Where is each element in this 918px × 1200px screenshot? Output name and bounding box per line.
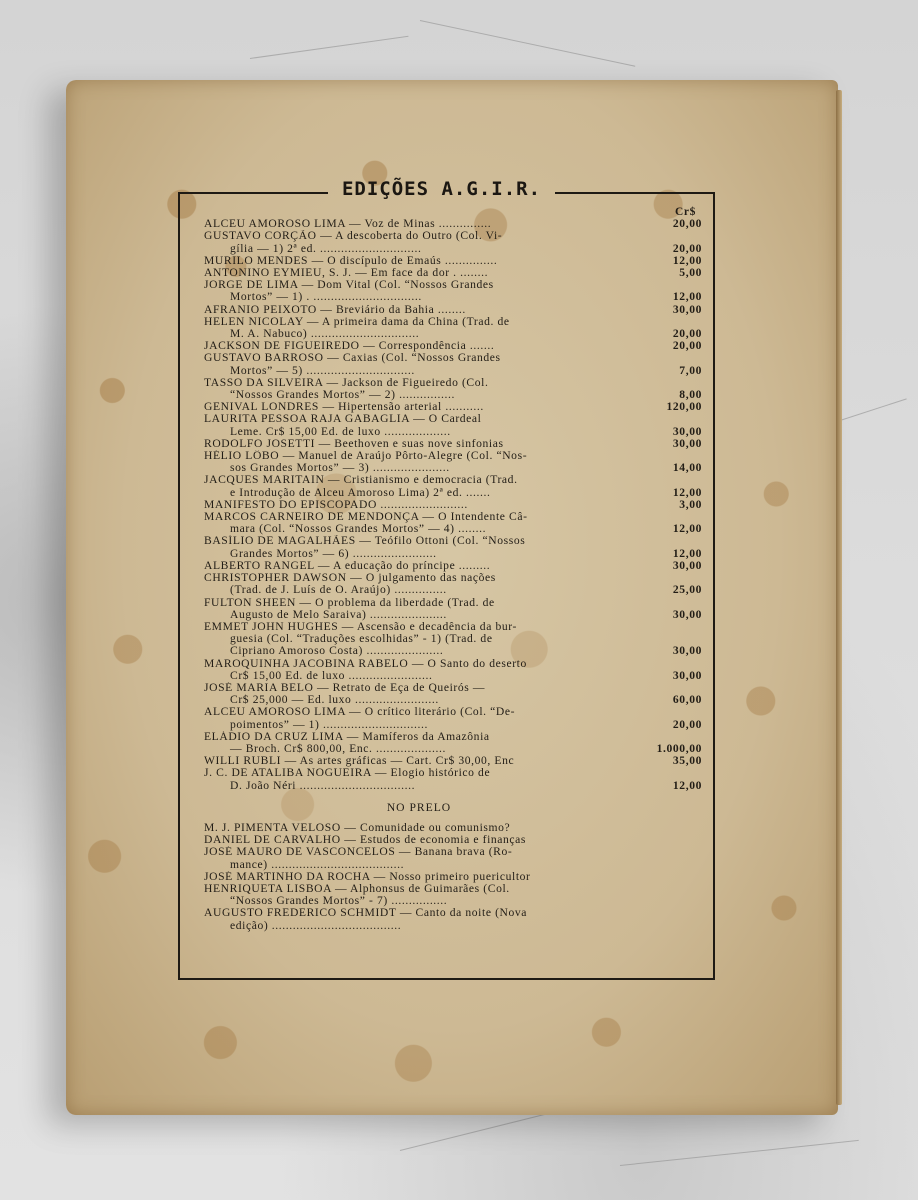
entry-line: MANIFESTO DO EPISCOPADO ................… — [204, 499, 632, 511]
entry-text: AUGUSTO FREDERICO SCHMIDT — Canto da noi… — [204, 907, 704, 931]
entry-price: 120,00 — [632, 401, 704, 413]
catalog-entry: J. C. DE ATALIBA NOGUEIRA — Elogio histó… — [204, 767, 704, 791]
entry-price: 60,00 — [632, 694, 704, 706]
entry-line: gília — 1) 2ª ed. ......................… — [204, 243, 632, 255]
catalog-entry: LAURITA PESSOA RAJA GABAGLIA — O Cardeal… — [204, 413, 704, 437]
entry-text: MANIFESTO DO EPISCOPADO ................… — [204, 499, 632, 511]
entry-line: J. C. DE ATALIBA NOGUEIRA — Elogio histó… — [204, 767, 632, 779]
catalog-entry: ALBERTO RANGEL — A educação do príncipe … — [204, 560, 704, 572]
entry-line: RODOLFO JOSETTI — Beethoven e suas nove … — [204, 438, 632, 450]
background-crack — [420, 20, 635, 67]
entry-line: HELEN NICOLAY — A primeira dama da China… — [204, 316, 632, 328]
entry-text: ELÁDIO DA CRUZ LIMA — Mamíferos da Amazô… — [204, 731, 632, 755]
entry-line: EMMET JOHN HUGHES — Ascensão e decadênci… — [204, 621, 632, 633]
entry-line: AFRANIO PEIXOTO — Breviário da Bahia ...… — [204, 304, 632, 316]
catalog-entry: MAROQUINHA JACOBINA RABELO — O Santo do … — [204, 658, 704, 682]
entry-text: EMMET JOHN HUGHES — Ascensão e decadênci… — [204, 621, 632, 658]
entry-price: 30,00 — [632, 560, 704, 572]
entry-line: Leme. Cr$ 15,00 Ed. de luxo ............… — [204, 426, 632, 438]
entry-line: HENRIQUETA LISBOA — Alphonsus de Guimarã… — [204, 883, 634, 895]
entry-text: HENRIQUETA LISBOA — Alphonsus de Guimarã… — [204, 883, 704, 907]
entry-line: Augusto de Melo Saraiva) ...............… — [204, 609, 632, 621]
entry-line: sos Grandes Mortos” — 3) ...............… — [204, 462, 632, 474]
entry-line: MURILO MENDES — O discípulo de Emaús ...… — [204, 255, 632, 267]
entry-text: JOSÉ MARTINHO DA ROCHA — Nosso primeiro … — [204, 871, 704, 883]
entry-line: (Trad. de J. Luís de O. Araújo) ........… — [204, 584, 632, 596]
entry-line: BASÍLIO DE MAGALHÃES — Teófilo Ottoni (C… — [204, 535, 632, 547]
entry-price: 20,00 — [632, 218, 704, 230]
catalog-entry: JORGE DE LIMA — Dom Vital (Col. “Nossos … — [204, 279, 704, 303]
panel-rule-left — [180, 192, 328, 194]
entry-text: WILLI RUBLI — As artes gráficas — Cart. … — [204, 755, 632, 767]
entry-text: CHRISTOPHER DAWSON — O julgamento das na… — [204, 572, 632, 596]
entry-line: poimentos” — 1) ........................… — [204, 719, 632, 731]
entry-line: GUSTAVO BARROSO — Caxias (Col. “Nossos G… — [204, 352, 632, 364]
entry-price: 25,00 — [632, 584, 704, 596]
forthcoming-title: NO PRELO — [204, 802, 704, 814]
catalog-entry: EMMET JOHN HUGHES — Ascensão e decadênci… — [204, 621, 704, 658]
panel-rule-right — [555, 192, 713, 194]
currency-label: Cr$ — [204, 206, 704, 218]
entry-line: JOSÉ MAURO DE VASCONCELOS — Banana brava… — [204, 846, 634, 858]
entry-price: 30,00 — [632, 609, 704, 621]
entry-text: ANTONINO EYMIEU, S. J. — Em face da dor … — [204, 267, 632, 279]
catalog-entry: GUSTAVO CORÇÃO — A descoberta do Outro (… — [204, 230, 704, 254]
catalog-entry: ANTONINO EYMIEU, S. J. — Em face da dor … — [204, 267, 704, 279]
entry-text: MARCOS CARNEIRO DE MENDONÇA — O Intenden… — [204, 511, 632, 535]
entry-line: Cr$ 25,000 — Ed. luxo ..................… — [204, 694, 632, 706]
catalog-entry: ALCEU AMOROSO LIMA — Voz de Minas ......… — [204, 218, 704, 230]
entry-line: MARCOS CARNEIRO DE MENDONÇA — O Intenden… — [204, 511, 632, 523]
catalog-entry: AFRANIO PEIXOTO — Breviário da Bahia ...… — [204, 304, 704, 316]
entry-line: ANTONINO EYMIEU, S. J. — Em face da dor … — [204, 267, 632, 279]
catalog-entry: GUSTAVO BARROSO — Caxias (Col. “Nossos G… — [204, 352, 704, 376]
catalog-entry: TASSO DA SILVEIRA — Jackson de Figueired… — [204, 377, 704, 401]
entry-line: JACQUES MARITAIN — Cristianismo e democr… — [204, 474, 632, 486]
forthcoming-entry: M. J. PIMENTA VELOSO — Comunidade ou com… — [204, 822, 704, 834]
book-back-cover: EDIÇÕES A.G.I.R. Cr$ ALCEU AMOROSO LIMA … — [66, 80, 838, 1115]
catalog-entry: HÉLIO LÔBO — Manuel de Araújo Pôrto-Aleg… — [204, 450, 704, 474]
entry-text: JOSÉ MARIA BELO — Retrato de Eça de Quei… — [204, 682, 632, 706]
book-page-edge — [836, 90, 842, 1105]
entry-line: AUGUSTO FREDERICO SCHMIDT — Canto da noi… — [204, 907, 634, 919]
catalog-entry: ALCEU AMOROSO LIMA — O crítico literário… — [204, 706, 704, 730]
entry-text: GUSTAVO CORÇÃO — A descoberta do Outro (… — [204, 230, 632, 254]
catalog-entry: MARCOS CARNEIRO DE MENDONÇA — O Intenden… — [204, 511, 704, 535]
forthcoming-entry: AUGUSTO FREDERICO SCHMIDT — Canto da noi… — [204, 907, 704, 931]
entry-line: GUSTAVO CORÇÃO — A descoberta do Outro (… — [204, 230, 632, 242]
entry-text: FULTON SHEEN — O problema da liberdade (… — [204, 597, 632, 621]
entry-line: Cr$ 15,00 Ed. de luxo ..................… — [204, 670, 632, 682]
entry-price: 12,00 — [632, 523, 704, 535]
catalog-entries: ALCEU AMOROSO LIMA — Voz de Minas ......… — [204, 218, 704, 792]
entry-text: M. J. PIMENTA VELOSO — Comunidade ou com… — [204, 822, 704, 834]
catalog-list: Cr$ ALCEU AMOROSO LIMA — Voz de Minas ..… — [204, 206, 704, 932]
entry-text: MURILO MENDES — O discípulo de Emaús ...… — [204, 255, 632, 267]
background-crack — [840, 398, 907, 421]
forthcoming-entry: JOSÉ MAURO DE VASCONCELOS — Banana brava… — [204, 846, 704, 870]
entry-text: JACQUES MARITAIN — Cristianismo e democr… — [204, 474, 632, 498]
background-crack — [250, 36, 409, 59]
catalog-panel: EDIÇÕES A.G.I.R. Cr$ ALCEU AMOROSO LIMA … — [178, 192, 715, 980]
entry-line: JORGE DE LIMA — Dom Vital (Col. “Nossos … — [204, 279, 632, 291]
forthcoming-entry: DANIEL DE CARVALHO — Estudos de economia… — [204, 834, 704, 846]
entry-line: MAROQUINHA JACOBINA RABELO — O Santo do … — [204, 658, 632, 670]
entry-line: HÉLIO LÔBO — Manuel de Araújo Pôrto-Aleg… — [204, 450, 632, 462]
entry-line: ALBERTO RANGEL — A educação do príncipe … — [204, 560, 632, 572]
entry-price: 30,00 — [632, 304, 704, 316]
entry-text: BASÍLIO DE MAGALHÃES — Teófilo Ottoni (C… — [204, 535, 632, 559]
catalog-entry: JACQUES MARITAIN — Cristianismo e democr… — [204, 474, 704, 498]
entry-text: J. C. DE ATALIBA NOGUEIRA — Elogio histó… — [204, 767, 632, 791]
catalog-entry: MANIFESTO DO EPISCOPADO ................… — [204, 499, 704, 511]
catalog-entry: ELÁDIO DA CRUZ LIMA — Mamíferos da Amazô… — [204, 731, 704, 755]
entry-line: edição) ................................… — [204, 920, 634, 932]
forthcoming-entry: HENRIQUETA LISBOA — Alphonsus de Guimarã… — [204, 883, 704, 907]
entry-line: TASSO DA SILVEIRA — Jackson de Figueired… — [204, 377, 632, 389]
entry-text: HELEN NICOLAY — A primeira dama da China… — [204, 316, 632, 340]
entry-line: WILLI RUBLI — As artes gráficas — Cart. … — [204, 755, 632, 767]
entry-line: “Nossos Grandes Mortos” - 7) ...........… — [204, 895, 634, 907]
background-crack — [620, 1140, 859, 1166]
entry-line: mance) .................................… — [204, 859, 634, 871]
catalog-entry: MURILO MENDES — O discípulo de Emaús ...… — [204, 255, 704, 267]
catalog-entry: HELEN NICOLAY — A primeira dama da China… — [204, 316, 704, 340]
entry-line: e Introdução de Alceu Amoroso Lima) 2ª e… — [204, 487, 632, 499]
entry-line: ALCEU AMOROSO LIMA — Voz de Minas ......… — [204, 218, 632, 230]
forthcoming-entry: JOSÉ MARTINHO DA ROCHA — Nosso primeiro … — [204, 871, 704, 883]
entry-line: JOSÉ MARIA BELO — Retrato de Eça de Quei… — [204, 682, 632, 694]
entry-line: GENIVAL LONDRES — Hipertensão arterial .… — [204, 401, 632, 413]
entry-line: guesia (Col. “Traduções escolhidas” - 1)… — [204, 633, 632, 645]
catalog-entry: JOSÉ MARIA BELO — Retrato de Eça de Quei… — [204, 682, 704, 706]
catalog-entry: CHRISTOPHER DAWSON — O julgamento das na… — [204, 572, 704, 596]
entry-line: Mortos” — 5) ...........................… — [204, 365, 632, 377]
entry-text: GENIVAL LONDRES — Hipertensão arterial .… — [204, 401, 632, 413]
entry-text: ALBERTO RANGEL — A educação do príncipe … — [204, 560, 632, 572]
catalog-entry: GENIVAL LONDRES — Hipertensão arterial .… — [204, 401, 704, 413]
entry-price: 20,00 — [632, 340, 704, 352]
catalog-entry: WILLI RUBLI — As artes gráficas — Cart. … — [204, 755, 704, 767]
catalog-entry: BASÍLIO DE MAGALHÃES — Teófilo Ottoni (C… — [204, 535, 704, 559]
entry-line: JACKSON DE FIGUEIREDO — Correspondência … — [204, 340, 632, 352]
entry-line: LAURITA PESSOA RAJA GABAGLIA — O Cardeal — [204, 413, 632, 425]
entry-price: 5,00 — [632, 267, 704, 279]
entry-line: — Broch. Cr$ 800,00, Enc. ..............… — [204, 743, 632, 755]
entry-price: 3,00 — [632, 499, 704, 511]
catalog-entry: JACKSON DE FIGUEIREDO — Correspondência … — [204, 340, 704, 352]
entry-text: JORGE DE LIMA — Dom Vital (Col. “Nossos … — [204, 279, 632, 303]
entry-line: Mortos” — 1) . .........................… — [204, 291, 632, 303]
entry-line: JOSÉ MARTINHO DA ROCHA — Nosso primeiro … — [204, 871, 634, 883]
entry-text: AFRANIO PEIXOTO — Breviário da Bahia ...… — [204, 304, 632, 316]
entry-text: RODOLFO JOSETTI — Beethoven e suas nove … — [204, 438, 632, 450]
entry-text: LAURITA PESSOA RAJA GABAGLIA — O Cardeal… — [204, 413, 632, 437]
publisher-title: EDIÇÕES A.G.I.R. — [328, 178, 555, 200]
entry-line: mara (Col. “Nossos Grandes Mortos” — 4) … — [204, 523, 632, 535]
entry-line: FULTON SHEEN — O problema da liberdade (… — [204, 597, 632, 609]
entry-price: 14,00 — [632, 462, 704, 474]
catalog-entry: FULTON SHEEN — O problema da liberdade (… — [204, 597, 704, 621]
entry-line: “Nossos Grandes Mortos” — 2) ...........… — [204, 389, 632, 401]
entry-line: Grandes Mortos” — 6) ...................… — [204, 548, 632, 560]
entry-price: 12,00 — [632, 780, 704, 792]
entry-price: 35,00 — [632, 755, 704, 767]
forthcoming-entries: M. J. PIMENTA VELOSO — Comunidade ou com… — [204, 822, 704, 932]
entry-line: D. João Néri ...........................… — [204, 780, 632, 792]
entry-text: MAROQUINHA JACOBINA RABELO — O Santo do … — [204, 658, 632, 682]
entry-text: ALCEU AMOROSO LIMA — O crítico literário… — [204, 706, 632, 730]
entry-price: 12,00 — [632, 291, 704, 303]
entry-price: 20,00 — [632, 243, 704, 255]
entry-price: 7,00 — [632, 365, 704, 377]
entry-price: 30,00 — [632, 438, 704, 450]
entry-price: 30,00 — [632, 645, 704, 657]
entry-line: M. A. Nabuco) ..........................… — [204, 328, 632, 340]
entry-line: Cipriano Amoroso Costa) ................… — [204, 645, 632, 657]
entry-text: JACKSON DE FIGUEIREDO — Correspondência … — [204, 340, 632, 352]
catalog-entry: RODOLFO JOSETTI — Beethoven e suas nove … — [204, 438, 704, 450]
entry-text: ALCEU AMOROSO LIMA — Voz de Minas ......… — [204, 218, 632, 230]
entry-line: ALCEU AMOROSO LIMA — O crítico literário… — [204, 706, 632, 718]
entry-price: 20,00 — [632, 719, 704, 731]
entry-line: M. J. PIMENTA VELOSO — Comunidade ou com… — [204, 822, 634, 834]
entry-text: DANIEL DE CARVALHO — Estudos de economia… — [204, 834, 704, 846]
entry-text: HÉLIO LÔBO — Manuel de Araújo Pôrto-Aleg… — [204, 450, 632, 474]
entry-price: 30,00 — [632, 670, 704, 682]
entry-line: CHRISTOPHER DAWSON — O julgamento das na… — [204, 572, 632, 584]
entry-text: TASSO DA SILVEIRA — Jackson de Figueired… — [204, 377, 632, 401]
entry-text: JOSÉ MAURO DE VASCONCELOS — Banana brava… — [204, 846, 704, 870]
entry-line: ELÁDIO DA CRUZ LIMA — Mamíferos da Amazô… — [204, 731, 632, 743]
entry-line: DANIEL DE CARVALHO — Estudos de economia… — [204, 834, 634, 846]
entry-text: GUSTAVO BARROSO — Caxias (Col. “Nossos G… — [204, 352, 632, 376]
